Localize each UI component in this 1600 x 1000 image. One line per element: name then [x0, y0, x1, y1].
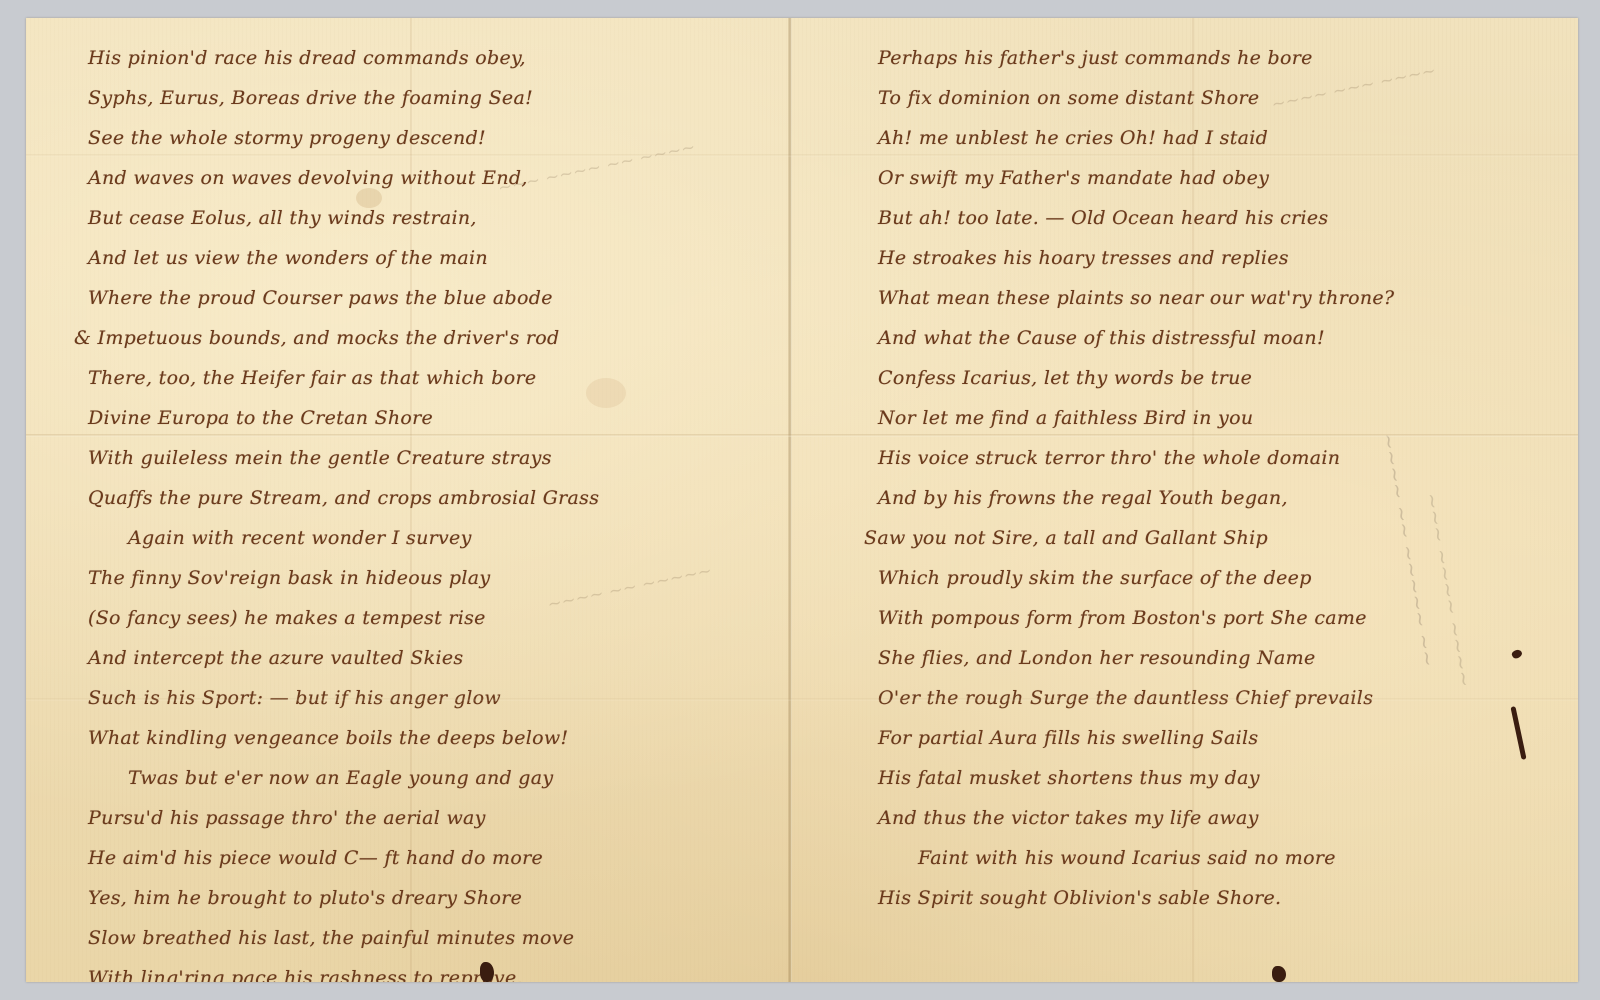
ink-blot [480, 962, 494, 982]
poem-line: Slow breathed his last, the painful minu… [88, 918, 599, 958]
poem-line: His fatal musket shortens thus my day [878, 758, 1394, 798]
poem-line: With guileless mein the gentle Creature … [88, 438, 599, 478]
poem-line: And thus the victor takes my life away [878, 798, 1394, 838]
poem-line: And waves on waves devolving without End… [88, 158, 599, 198]
poem-line: But ah! too late. — Old Ocean heard his … [878, 198, 1394, 238]
poem-line: For partial Aura fills his swelling Sail… [878, 718, 1394, 758]
paper-sheet: ~~~ ~~~~ ~~ ~~~~ ~~~~ ~~ ~~~~~ His pinio… [26, 18, 1578, 982]
poem-line: With pompous form from Boston's port She… [878, 598, 1394, 638]
poem-line: Ah! me unblest he cries Oh! had I staid [878, 118, 1394, 158]
poem-line: He aim'd his piece would C— ft hand do m… [88, 838, 599, 878]
poem-line: Faint with his wound Icarius said no mor… [878, 838, 1394, 878]
poem-line: (So fancy sees) he makes a tempest rise [88, 598, 599, 638]
poem-line: What kindling vengeance boils the deeps … [88, 718, 599, 758]
poem-line: Which proudly skim the surface of the de… [878, 558, 1394, 598]
manuscript-scan: ~~~ ~~~~ ~~ ~~~~ ~~~~ ~~ ~~~~~ His pinio… [0, 0, 1600, 1000]
left-page: ~~~ ~~~~ ~~ ~~~~ ~~~~ ~~ ~~~~~ His pinio… [26, 18, 790, 982]
poem-line: His pinion'd race his dread commands obe… [88, 38, 599, 78]
poem-line: Nor let me find a faithless Bird in you [878, 398, 1394, 438]
left-page-lines: His pinion'd race his dread commands obe… [88, 38, 599, 998]
right-page-lines: Perhaps his father's just commands he bo… [878, 38, 1394, 918]
poem-line: And by his frowns the regal Youth began, [878, 478, 1394, 518]
poem-line: See the whole stormy progeny descend! [88, 118, 599, 158]
poem-line: His Spirit sought Oblivion's sable Shore… [878, 878, 1394, 918]
poem-line: Syphs, Eurus, Boreas drive the foaming S… [88, 78, 599, 118]
poem-line: Confess Icarius, let thy words be true [878, 358, 1394, 398]
poem-line: His voice struck terror thro' the whole … [878, 438, 1394, 478]
poem-line: Quaffs the pure Stream, and crops ambros… [88, 478, 599, 518]
poem-line: What mean these plaints so near our wat'… [878, 278, 1394, 318]
center-fold [788, 18, 792, 982]
poem-line: She flies, and London her resounding Nam… [878, 638, 1394, 678]
ink-mark [1511, 648, 1524, 660]
poem-line: & Impetuous bounds, and mocks the driver… [74, 318, 599, 358]
poem-line: And intercept the azure vaulted Skies [88, 638, 599, 678]
fold-crease [26, 154, 1578, 157]
poem-line: Where the proud Courser paws the blue ab… [88, 278, 599, 318]
poem-line: Saw you not Sire, a tall and Gallant Shi… [864, 518, 1394, 558]
fold-crease [410, 18, 412, 982]
poem-line: And what the Cause of this distressful m… [878, 318, 1394, 358]
poem-line: To fix dominion on some distant Shore [878, 78, 1394, 118]
poem-line: Pursu'd his passage thro' the aerial way [88, 798, 599, 838]
fold-crease [1192, 18, 1194, 982]
poem-line: Again with recent wonder I survey [88, 518, 599, 558]
poem-line: He stroakes his hoary tresses and replie… [878, 238, 1394, 278]
poem-line: But cease Eolus, all thy winds restrain, [88, 198, 599, 238]
ink-blot [1272, 966, 1286, 982]
poem-line: Twas but e'er now an Eagle young and gay [88, 758, 599, 798]
poem-line: The finny Sov'reign bask in hideous play [88, 558, 599, 598]
right-page: ~~~~ ~~~ ~~~~ ~~~~ ~~ ~~~~~ ~~ ~~~ ~~~~ … [790, 18, 1578, 982]
ink-mark [1510, 706, 1526, 760]
poem-line: There, too, the Heifer fair as that whic… [88, 358, 599, 398]
poem-line: Yes, him he brought to pluto's dreary Sh… [88, 878, 599, 918]
fold-crease [26, 434, 1578, 437]
poem-line: Or swift my Father's mandate had obey [878, 158, 1394, 198]
poem-line: Perhaps his father's just commands he bo… [878, 38, 1394, 78]
poem-line: With ling'ring pace his rashness to repr… [88, 958, 599, 998]
poem-line: And let us view the wonders of the main [88, 238, 599, 278]
poem-line: Divine Europa to the Cretan Shore [88, 398, 599, 438]
fold-crease [26, 698, 1578, 701]
